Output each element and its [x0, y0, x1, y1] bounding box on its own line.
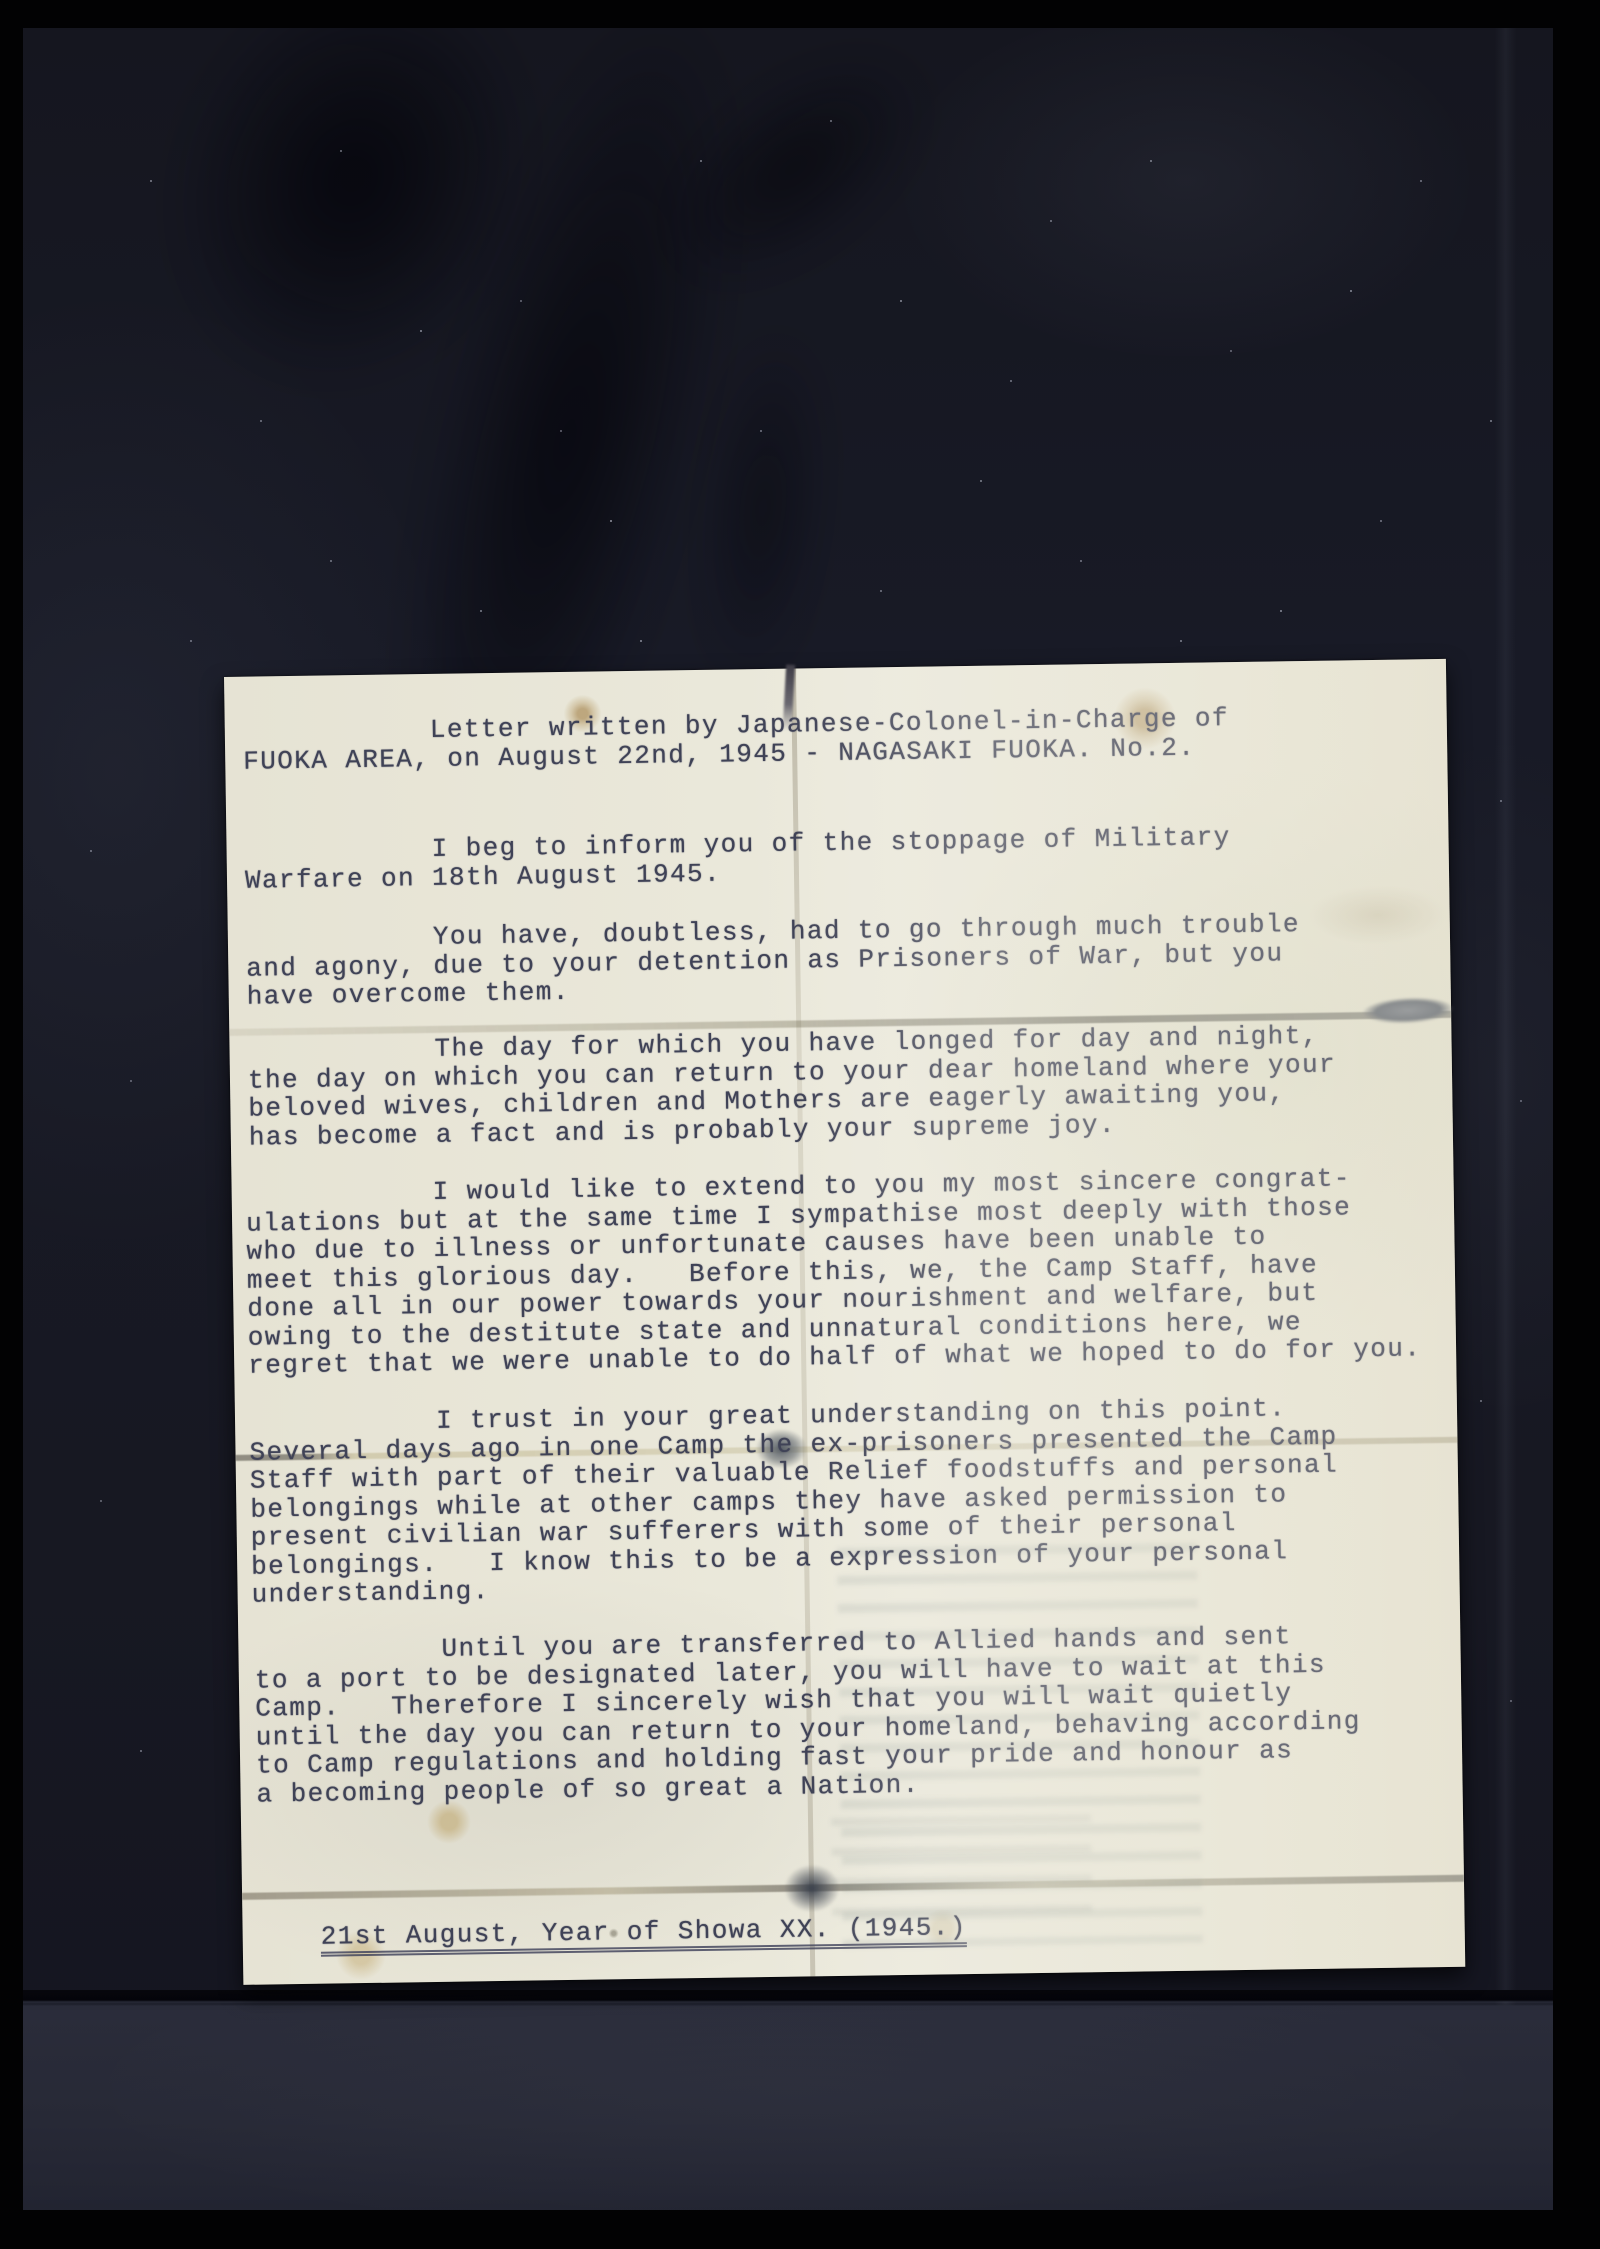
paper-fade-overlay: [791, 659, 1465, 1977]
dust-specks: [23, 28, 25, 30]
letter-document: Letter written by Japanese-Colonel-in-Ch…: [224, 659, 1465, 1985]
album-ledge: [23, 1990, 1553, 2210]
